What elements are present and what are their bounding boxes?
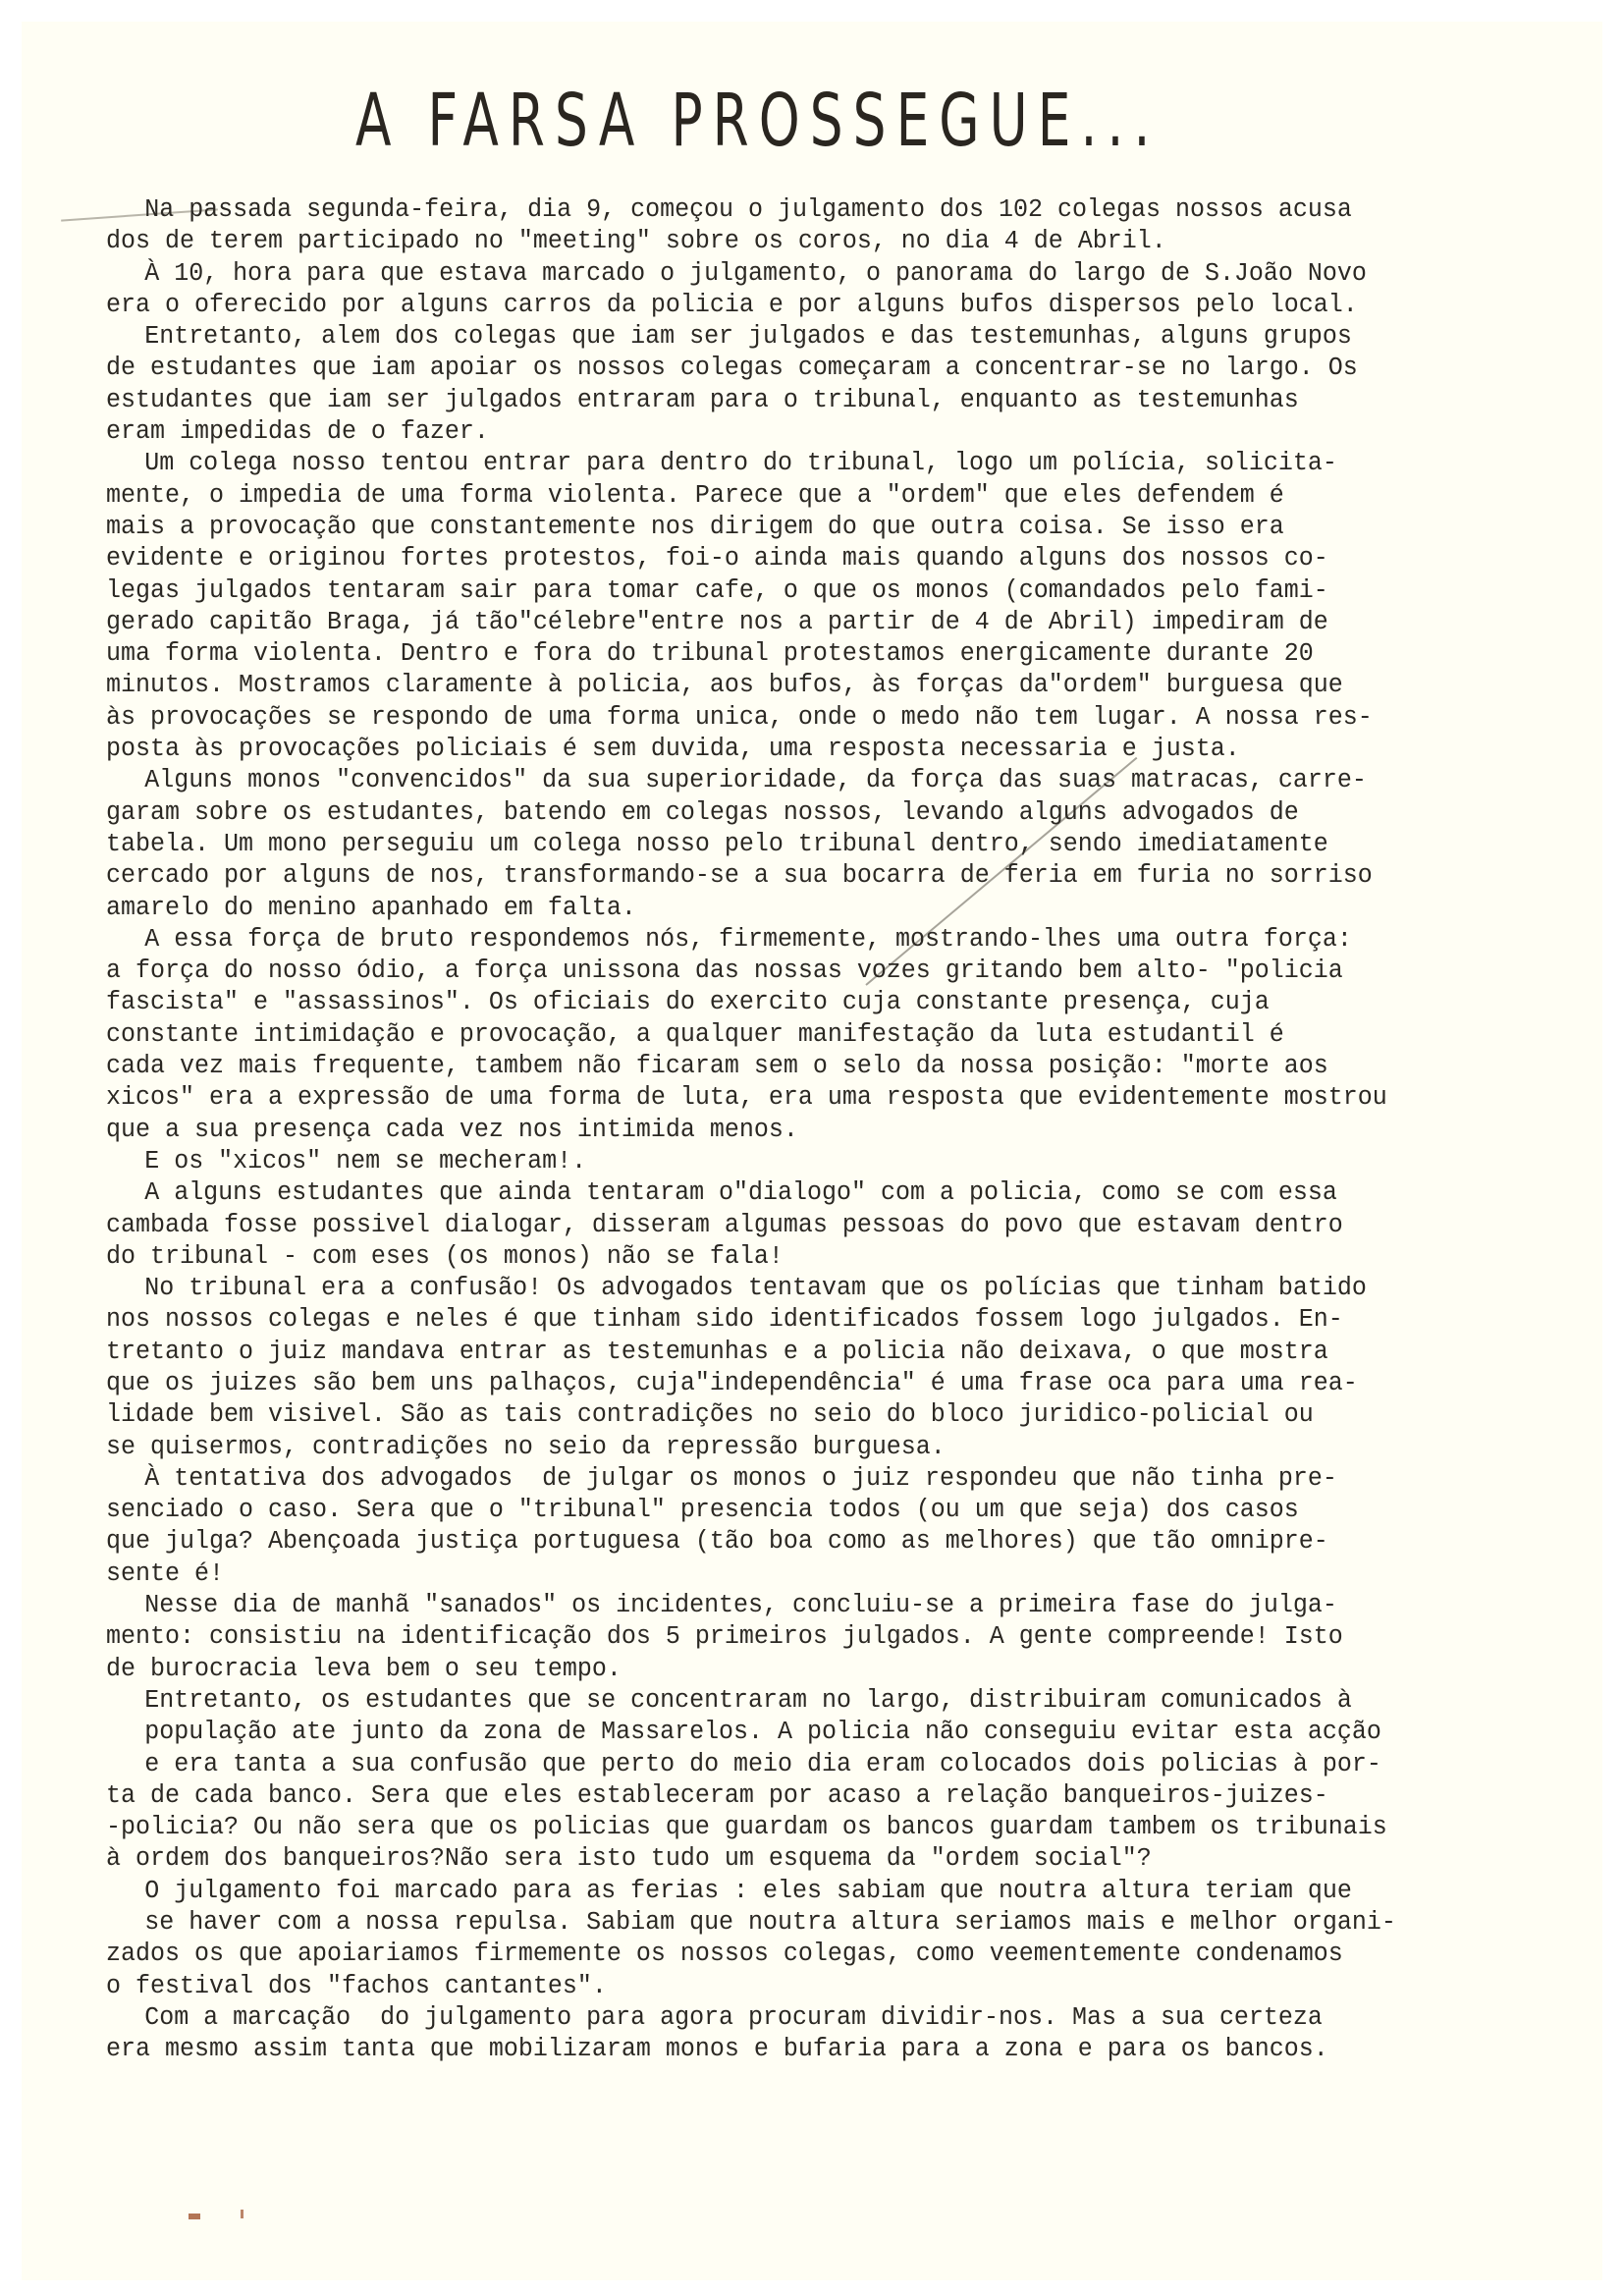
text-line: A alguns estudantes que ainda tentaram o… bbox=[106, 1177, 1473, 1209]
text-line: que a sua presença cada vez nos intimida… bbox=[106, 1115, 1473, 1146]
text-line: Com a marcação do julgamento para agora … bbox=[106, 2002, 1473, 2034]
text-line: era o oferecido por alguns carros da pol… bbox=[106, 290, 1473, 321]
text-line: era mesmo assim tanta que mobilizaram mo… bbox=[106, 2034, 1473, 2065]
text-line: evidente e originou fortes protestos, fo… bbox=[106, 543, 1473, 574]
text-line: senciado o caso. Sera que o "tribunal" p… bbox=[106, 1495, 1473, 1526]
text-line: constante intimidação e provocação, a qu… bbox=[106, 1019, 1473, 1051]
text-line: -policia? Ou não sera que os policias qu… bbox=[106, 1812, 1473, 1843]
text-line: fascista" e "assassinos". Os oficiais do… bbox=[106, 987, 1473, 1018]
text-line: amarelo do menino apanhado em falta. bbox=[106, 893, 1473, 924]
text-line: que julga? Abençoada justiça portuguesa … bbox=[106, 1526, 1473, 1558]
ink-stain bbox=[189, 2214, 200, 2219]
text-line: se quisermos, contradições no seio da re… bbox=[106, 1432, 1473, 1463]
text-line: de burocracia leva bem o seu tempo. bbox=[106, 1654, 1473, 1685]
text-line: nos nossos colegas e neles é que tinham … bbox=[106, 1304, 1473, 1336]
text-line: mente, o impedia de uma forma violenta. … bbox=[106, 480, 1473, 512]
text-line: À 10, hora para que estava marcado o jul… bbox=[106, 258, 1473, 290]
text-line: Entretanto, os estudantes que se concent… bbox=[106, 1685, 1473, 1717]
text-line: à ordem dos banqueiros?Não sera isto tud… bbox=[106, 1843, 1473, 1875]
text-line: No tribunal era a confusão! Os advogados… bbox=[106, 1273, 1473, 1304]
text-line: estudantes que iam ser julgados entraram… bbox=[106, 385, 1473, 416]
text-line: sente é! bbox=[106, 1558, 1473, 1590]
text-line: lidade bem visivel. São as tais contradi… bbox=[106, 1399, 1473, 1431]
text-line: Entretanto, alem dos colegas que iam ser… bbox=[106, 321, 1473, 353]
document-body: Na passada segunda-feira, dia 9, começou… bbox=[106, 194, 1500, 2066]
text-line: gerado capitão Braga, já tão"célebre"ent… bbox=[106, 607, 1473, 638]
text-line: O julgamento foi marcado para as ferias … bbox=[106, 1876, 1473, 1907]
text-line: Um colega nosso tentou entrar para dentr… bbox=[106, 448, 1473, 479]
text-line: tretanto o juiz mandava entrar as testem… bbox=[106, 1337, 1473, 1368]
text-line: Alguns monos "convencidos" da sua superi… bbox=[106, 765, 1473, 796]
text-line: À tentativa dos advogados de julgar os m… bbox=[106, 1463, 1473, 1495]
text-line: cercado por alguns de nos, transformando… bbox=[106, 860, 1473, 892]
text-line: Nesse dia de manhã "sanados" os incident… bbox=[106, 1590, 1473, 1621]
text-line: garam sobre os estudantes, batendo em co… bbox=[106, 797, 1473, 829]
text-line: xicos" era a expressão de uma forma de l… bbox=[106, 1082, 1473, 1114]
text-line: A essa força de bruto respondemos nós, f… bbox=[106, 924, 1473, 956]
text-line: minutos. Mostramos claramente à policia,… bbox=[106, 670, 1473, 701]
text-line: dos de terem participado no "meeting" so… bbox=[106, 226, 1473, 257]
text-line: de estudantes que iam apoiar os nossos c… bbox=[106, 353, 1473, 384]
text-line: posta às provocações policiais é sem duv… bbox=[106, 734, 1473, 765]
text-line: cambada fosse possivel dialogar, dissera… bbox=[106, 1210, 1473, 1241]
text-line: e era tanta a sua confusão que perto do … bbox=[106, 1749, 1473, 1780]
text-line: a força do nosso ódio, a força unissona … bbox=[106, 956, 1473, 987]
document-title: A FARSA PROSSEGUE... bbox=[355, 79, 1161, 163]
text-line: mais a provocação que constantemente nos… bbox=[106, 512, 1473, 543]
text-line: população ate junto da zona de Massarelo… bbox=[106, 1717, 1473, 1748]
text-line: do tribunal - com eses (os monos) não se… bbox=[106, 1241, 1473, 1273]
ink-stain bbox=[241, 2210, 243, 2218]
text-line: ta de cada banco. Sera que eles establec… bbox=[106, 1780, 1473, 1812]
text-line: eram impedidas de o fazer. bbox=[106, 416, 1473, 448]
text-line: Na passada segunda-feira, dia 9, começou… bbox=[106, 194, 1473, 226]
text-line: legas julgados tentaram sair para tomar … bbox=[106, 575, 1473, 607]
text-line: mento: consistiu na identificação dos 5 … bbox=[106, 1621, 1473, 1653]
text-line: se haver com a nossa repulsa. Sabiam que… bbox=[106, 1907, 1473, 1939]
text-line: cada vez mais frequente, tambem não fica… bbox=[106, 1051, 1473, 1082]
text-line: uma forma violenta. Dentro e fora do tri… bbox=[106, 638, 1473, 670]
text-line: às provocações se respondo de uma forma … bbox=[106, 702, 1473, 734]
text-line: zados os que apoiariamos firmemente os n… bbox=[106, 1939, 1473, 1970]
text-line: que os juizes são bem uns palhaços, cuja… bbox=[106, 1368, 1473, 1399]
text-line: tabela. Um mono perseguiu um colega noss… bbox=[106, 829, 1473, 860]
text-line: E os "xicos" nem se mecheram!. bbox=[106, 1146, 1473, 1177]
text-line: o festival dos "fachos cantantes". bbox=[106, 1971, 1473, 2002]
